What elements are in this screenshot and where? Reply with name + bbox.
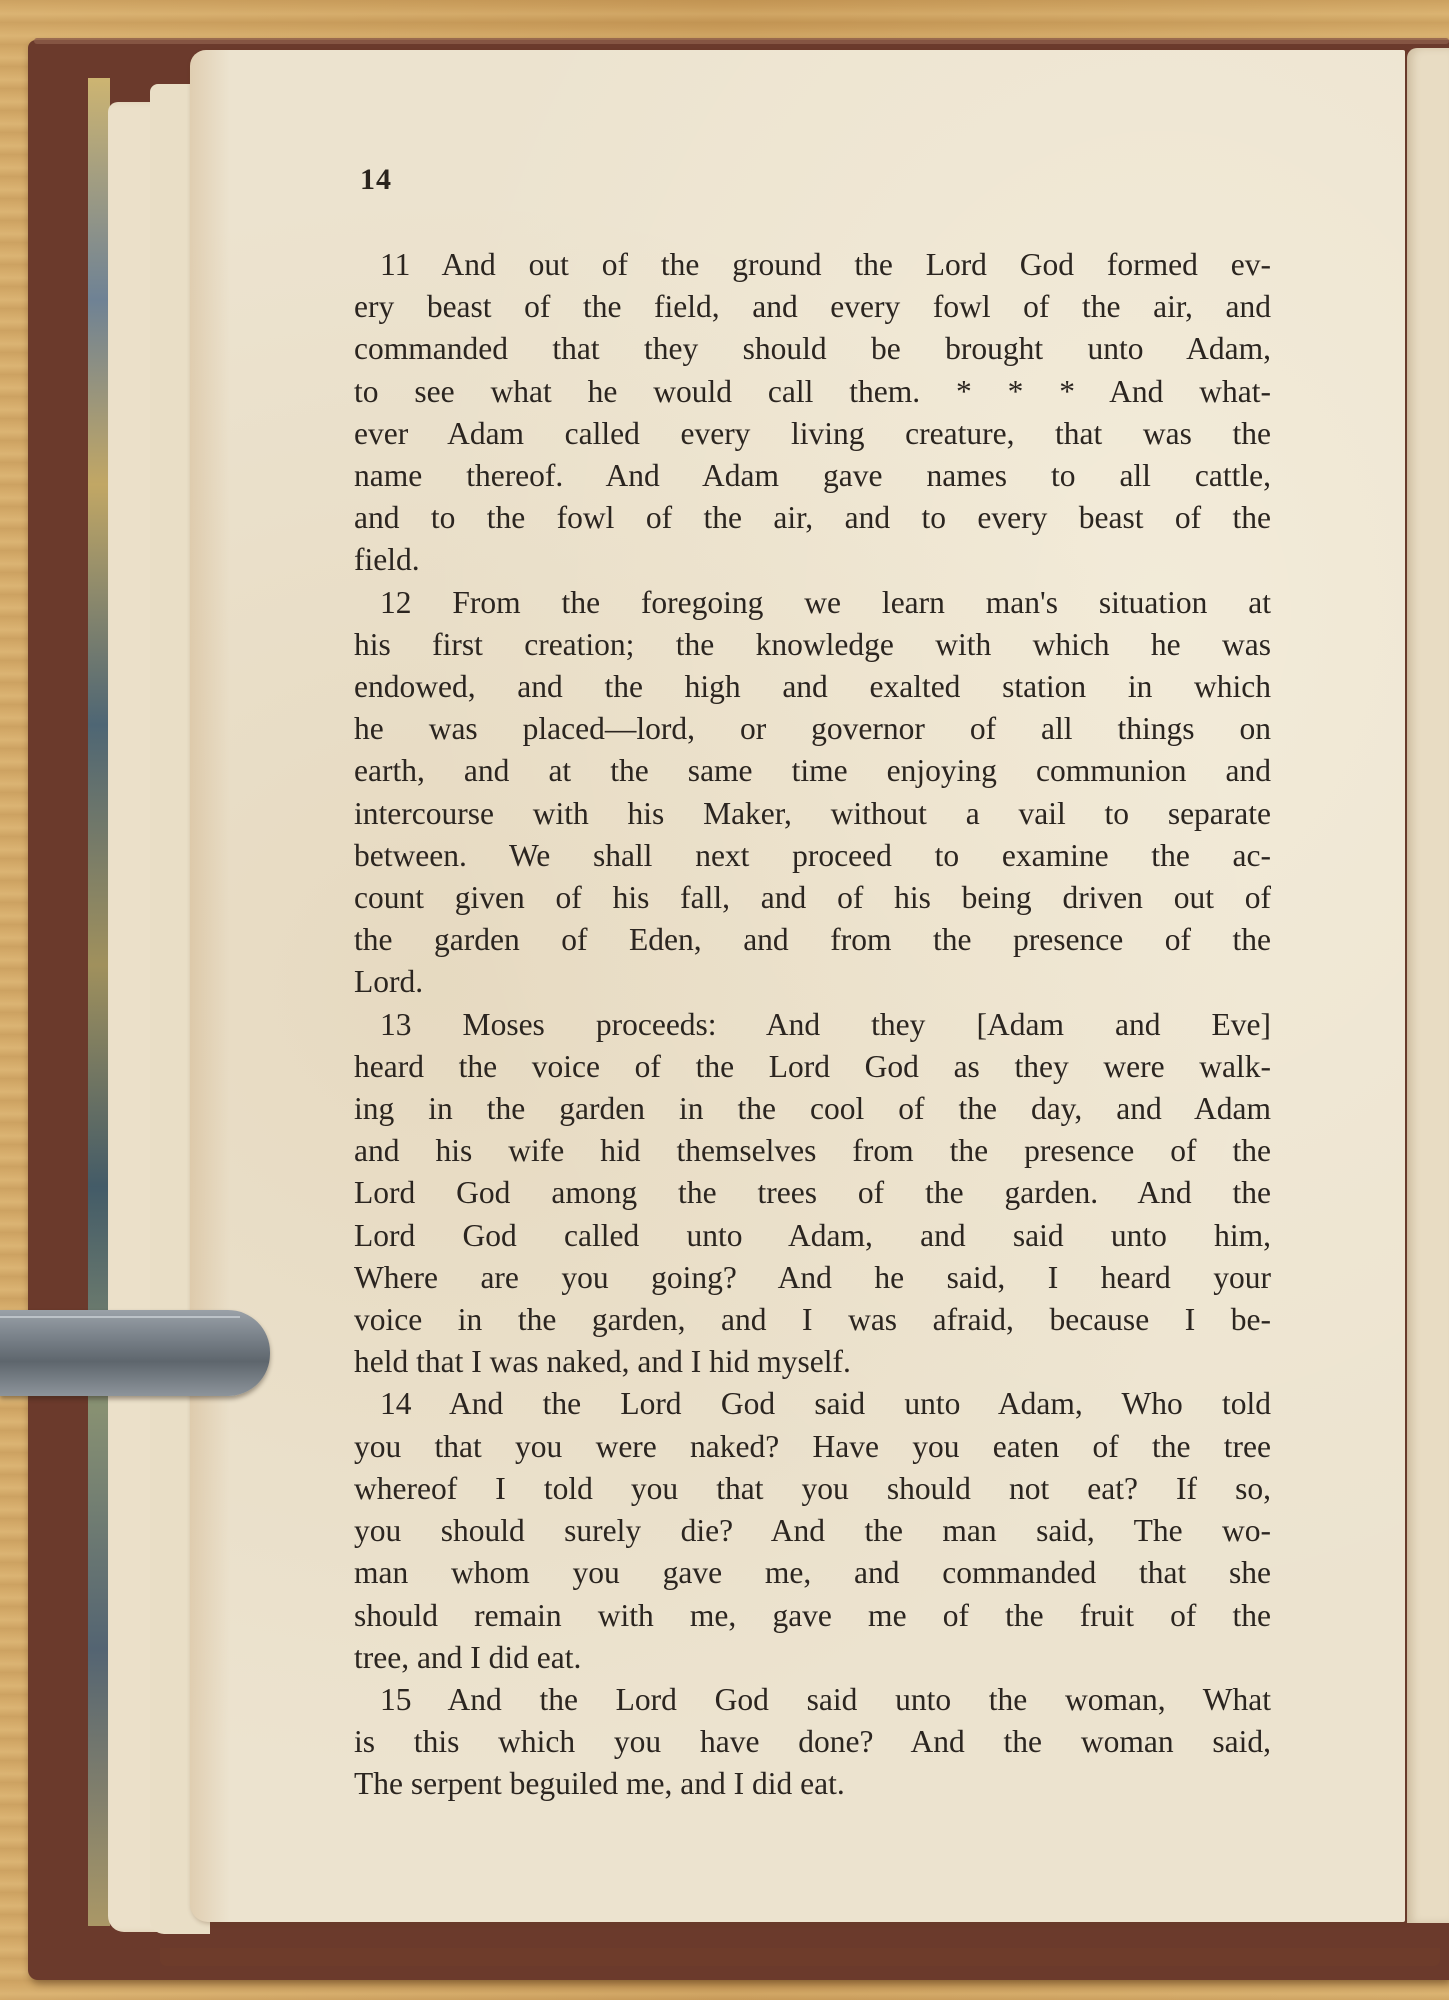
text-line: ever Adam called every living creature, … <box>354 413 1271 455</box>
text-line: intercourse with his Maker, without a va… <box>354 793 1271 835</box>
text-line: 14 And the Lord God said unto Adam, Who … <box>354 1383 1271 1425</box>
text-line: and his wife hid themselves from the pre… <box>354 1130 1271 1172</box>
text-line: between. We shall next proceed to examin… <box>354 835 1271 877</box>
paragraph-15: 15 And the Lord God said unto the woman,… <box>354 1679 1271 1806</box>
text-line: 11 And out of the ground the Lord God fo… <box>354 244 1271 286</box>
page-number: 14 <box>360 163 392 197</box>
text-line: count given of his fall, and of his bein… <box>354 877 1271 919</box>
text-line: heard the voice of the Lord God as they … <box>354 1046 1271 1088</box>
text-line: earth, and at the same time enjoying com… <box>354 750 1271 792</box>
text-line: is this which you have done? And the wom… <box>354 1721 1271 1763</box>
page-text: 11 And out of the ground the Lord God fo… <box>354 244 1271 1806</box>
marbled-endpaper <box>88 78 110 1926</box>
text-line: field. <box>354 539 1271 581</box>
text-line: The serpent beguiled me, and I did eat. <box>354 1763 1271 1805</box>
cover-edge <box>34 38 1449 44</box>
text-line: Lord God called unto Adam, and said unto… <box>354 1215 1271 1257</box>
text-line: Where are you going? And he said, I hear… <box>354 1257 1271 1299</box>
text-line: Lord. <box>354 961 1271 1003</box>
facing-page-edge <box>1407 48 1449 1923</box>
text-line: 12 From the foregoing we learn man's sit… <box>354 582 1271 624</box>
text-line: Lord God among the trees of the garden. … <box>354 1172 1271 1214</box>
text-line: the garden of Eden, and from the presenc… <box>354 919 1271 961</box>
text-line: endowed, and the high and exalted statio… <box>354 666 1271 708</box>
text-line: voice in the garden, and I was afraid, b… <box>354 1299 1271 1341</box>
paragraph-12: 12 From the foregoing we learn man's sit… <box>354 582 1271 1004</box>
text-line: 13 Moses proceeds: And they [Adam and Ev… <box>354 1004 1271 1046</box>
text-line: you should surely die? And the man said,… <box>354 1510 1271 1552</box>
text-line: 15 And the Lord God said unto the woman,… <box>354 1679 1271 1721</box>
text-line: man whom you gave me, and commanded that… <box>354 1552 1271 1594</box>
text-line: and to the fowl of the air, and to every… <box>354 497 1271 539</box>
text-line: ery beast of the field, and every fowl o… <box>354 286 1271 328</box>
text-line: should remain with me, gave me of the fr… <box>354 1595 1271 1637</box>
paragraph-14: 14 And the Lord God said unto Adam, Who … <box>354 1383 1271 1678</box>
paragraph-13: 13 Moses proceeds: And they [Adam and Ev… <box>354 1004 1271 1384</box>
text-line: he was placed—lord, or governor of all t… <box>354 708 1271 750</box>
paragraph-11: 11 And out of the ground the Lord God fo… <box>354 244 1271 582</box>
cover-bottom-edge <box>160 1948 1440 1966</box>
text-line: commanded that they should be brought un… <box>354 328 1271 370</box>
text-line: to see what he would call them. * * * An… <box>354 371 1271 413</box>
text-line: his first creation; the knowledge with w… <box>354 624 1271 666</box>
text-line: you that you were naked? Have you eaten … <box>354 1426 1271 1468</box>
text-line: whereof I told you that you should not e… <box>354 1468 1271 1510</box>
text-line: tree, and I did eat. <box>354 1637 1271 1679</box>
text-line: ing in the garden in the cool of the day… <box>354 1088 1271 1130</box>
text-line: name thereof. And Adam gave names to all… <box>354 455 1271 497</box>
page-holder-knife <box>0 1310 270 1396</box>
text-line: held that I was naked, and I hid myself. <box>354 1341 1271 1383</box>
